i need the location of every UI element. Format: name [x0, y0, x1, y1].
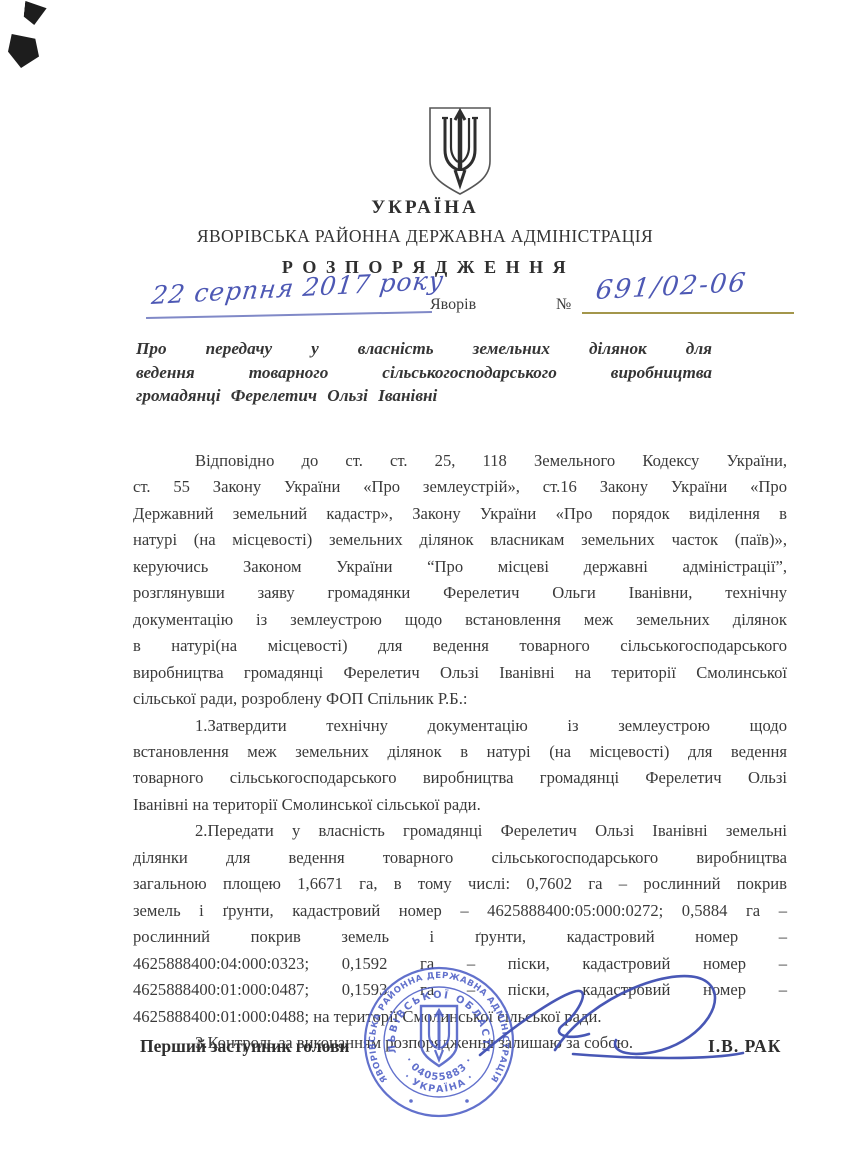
subject-block: Про передачу у власність земельних ділян…	[136, 337, 712, 408]
scan-artifact-mark	[23, 1, 47, 26]
body-line: керуючись Законом України “Про місцеві д…	[133, 554, 787, 580]
body-line: 1.Затвердити технічну документацію із зе…	[133, 713, 787, 739]
body-line: виробництва громадянці Ферелетич Ользі І…	[133, 660, 787, 686]
body-line: ділянки для ведення товарного сільського…	[133, 845, 787, 871]
place-name: Яворів	[430, 296, 476, 314]
ukraine-coat-of-arms-icon	[427, 105, 493, 197]
body-line: в натурі(на місцевості) для ведення това…	[133, 633, 787, 659]
body-line: рослинний покрив земель і ґрунти, кадаст…	[133, 924, 787, 950]
body-line: натурі (на місцевості) земельних ділянок…	[133, 527, 787, 553]
body-line: товарного сільськогосподарського виробни…	[133, 765, 787, 791]
scan-artifact-mark	[8, 34, 39, 68]
body-line: Відповідно до ст. ст. 25, 118 Земельного…	[133, 448, 787, 474]
subject-line: ведення товарного сільськогосподарського…	[136, 361, 712, 385]
body-line: розглянувши заяву громадянки Ферелетич О…	[133, 580, 787, 606]
subject-line: громадянці Ферелетич Ользі Іванівні	[136, 384, 712, 408]
body-line: ст. 55 Закону України «Про землеустрій»,…	[133, 474, 787, 500]
authority-title: ЯВОРІВСЬКА РАЙОННА ДЕРЖАВНА АДМІНІСТРАЦІ…	[0, 226, 850, 247]
body-line: встановлення меж земельних ділянок в нат…	[133, 739, 787, 765]
body-line: документацію із землеустрою щодо встанов…	[133, 607, 787, 633]
number-underline	[582, 312, 794, 314]
body-line: Іванівні на території Смолинської сільсь…	[133, 792, 787, 818]
date-underline	[146, 311, 432, 319]
country-title: УКРАЇНА	[0, 197, 850, 219]
body-line: земель і ґрунти, кадастровий номер – 462…	[133, 898, 787, 924]
body-line: загальною площею 1,6671 га, в тому числі…	[133, 871, 787, 897]
body-line: 2.Передати у власність громадянці Фереле…	[133, 818, 787, 844]
body-line: Державний земельний кадастр», Закону Укр…	[133, 501, 787, 527]
stamp-trident-icon	[429, 1010, 449, 1060]
body-line: сільської ради, розроблену ФОП Спільник …	[133, 686, 787, 712]
subject-line: Про передачу у власність земельних ділян…	[136, 337, 712, 361]
number-label: №	[556, 296, 571, 314]
signer-title: Перший заступник голови	[140, 1036, 350, 1057]
handwritten-signature	[455, 950, 755, 1075]
